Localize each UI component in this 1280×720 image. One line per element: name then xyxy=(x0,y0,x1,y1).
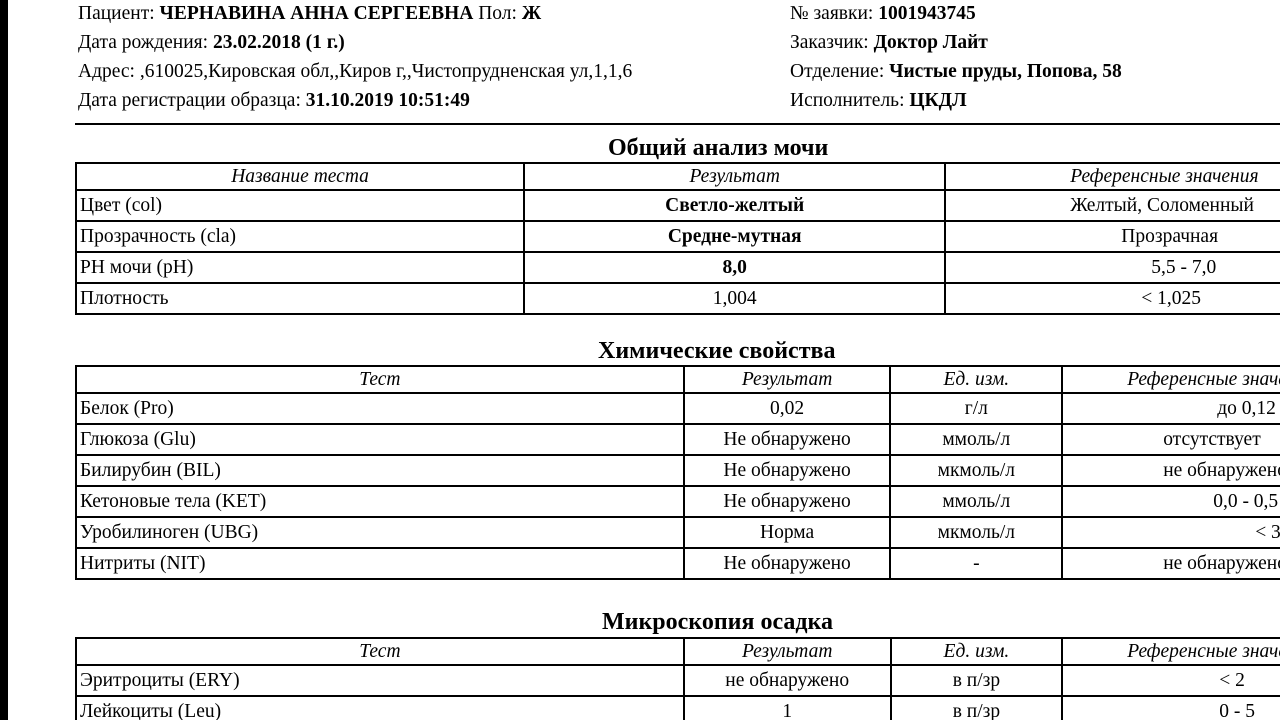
test-result: 1,004 xyxy=(524,283,945,314)
col-header-test: Тест xyxy=(76,366,684,393)
table-row: Лейкоциты (Leu)1в п/зр0 - 5 xyxy=(76,696,1280,720)
urinalysis-table: Название теста Результат Референсные зна… xyxy=(75,162,1280,315)
table-row: Прозрачность (cla)Средне-мутнаяПрозрачна… xyxy=(76,221,1280,252)
address-label: Адрес: xyxy=(78,61,135,82)
test-name: Лейкоциты (Leu) xyxy=(76,696,684,720)
table-row: Билирубин (BIL)Не обнаруженомкмоль/лне о… xyxy=(76,455,1280,486)
dob-value: 23.02.2018 (1 г.) xyxy=(213,32,345,53)
table-row: Плотность1,004< 1,025 xyxy=(76,283,1280,314)
customer-value: Доктор Лайт xyxy=(874,32,988,53)
test-name: Белок (Pro) xyxy=(76,393,684,424)
test-result: 8,0 xyxy=(524,252,945,283)
test-name: Уробилиноген (UBG) xyxy=(76,517,684,548)
test-unit: в п/зр xyxy=(891,665,1063,696)
reference-value: до 0,12 xyxy=(1062,393,1280,424)
test-name: Глюкоза (Glu) xyxy=(76,424,684,455)
department-value: Чистые пруды, Попова, 58 xyxy=(889,61,1122,82)
col-header-reference: Референсные значения xyxy=(945,163,1280,190)
table-row: Глюкоза (Glu)Не обнаруженоммоль/лотсутст… xyxy=(76,424,1280,455)
section-title-chemical: Химические свойства xyxy=(598,338,835,365)
dob-label: Дата рождения: xyxy=(78,32,208,53)
address-value: ,610025,Кировская обл,,Киров г,,Чистопру… xyxy=(140,61,632,82)
col-header-test: Название теста xyxy=(76,163,524,190)
executor-value: ЦКДЛ xyxy=(909,90,966,111)
chemical-table: Тест Результат Ед. изм. Референсные знач… xyxy=(75,365,1280,580)
dob-line: Дата рождения: 23.02.2018 (1 г.) xyxy=(78,32,345,54)
executor-line: Исполнитель: ЦКДЛ xyxy=(790,90,967,112)
test-name: Цвет (col) xyxy=(76,190,524,221)
col-header-reference: Референсные значения xyxy=(1062,638,1280,665)
test-result: Норма xyxy=(684,517,891,548)
test-result: Не обнаружено xyxy=(684,455,891,486)
col-header-unit: Ед. изм. xyxy=(891,638,1063,665)
test-result: Не обнаружено xyxy=(684,548,891,579)
patient-label: Пациент: xyxy=(78,3,155,24)
test-unit: ммоль/л xyxy=(890,486,1062,517)
col-header-result: Результат xyxy=(684,638,891,665)
executor-label: Исполнитель: xyxy=(790,90,905,111)
table-row: Нитриты (NIT)Не обнаружено-не обнаружено xyxy=(76,548,1280,579)
table-header-row: Тест Результат Ед. изм. Референсные знач… xyxy=(76,366,1280,393)
test-unit: в п/зр xyxy=(891,696,1063,720)
registration-date: 31.10.2019 10:51:49 xyxy=(306,90,470,111)
address-line: Адрес: ,610025,Кировская обл,,Киров г,,Ч… xyxy=(78,61,632,83)
table-header-row: Название теста Результат Референсные зна… xyxy=(76,163,1280,190)
test-name: Билирубин (BIL) xyxy=(76,455,684,486)
section-title-microscopy: Микроскопия осадка xyxy=(602,609,833,636)
col-header-result: Результат xyxy=(684,366,891,393)
registration-line: Дата регистрации образца: 31.10.2019 10:… xyxy=(78,90,470,112)
customer-label: Заказчик: xyxy=(790,32,869,53)
table-row: PH мочи (pH)8,05,5 - 7,0 xyxy=(76,252,1280,283)
test-result: 0,02 xyxy=(684,393,891,424)
reference-value: < 2 xyxy=(1062,665,1280,696)
sex-label: Пол: xyxy=(478,3,517,24)
order-number: 1001943745 xyxy=(878,3,976,24)
reference-value: < 34 xyxy=(1062,517,1280,548)
test-result: 1 xyxy=(684,696,891,720)
reference-value: не обнаружено xyxy=(1062,548,1280,579)
sex-value: Ж xyxy=(522,3,541,24)
test-result: не обнаружено xyxy=(684,665,891,696)
microscopy-table: Тест Результат Ед. изм. Референсные знач… xyxy=(75,637,1280,720)
test-result: Средне-мутная xyxy=(524,221,945,252)
reference-value: 5,5 - 7,0 xyxy=(945,252,1280,283)
table-row: Уробилиноген (UBG)Нормамкмоль/л< 34 xyxy=(76,517,1280,548)
department-label: Отделение: xyxy=(790,61,884,82)
test-name: Кетоновые тела (KET) xyxy=(76,486,684,517)
test-name: Нитриты (NIT) xyxy=(76,548,684,579)
reference-value: Прозрачная xyxy=(945,221,1280,252)
test-unit: мкмоль/л xyxy=(890,517,1062,548)
reference-value: не обнаружено xyxy=(1062,455,1280,486)
patient-line: Пациент: ЧЕРНАВИНА АННА СЕРГЕЕВНА Пол: Ж xyxy=(78,3,541,25)
col-header-reference: Референсные значения xyxy=(1062,366,1280,393)
table-row: Цвет (col)Светло-желтыйЖелтый, Соломенны… xyxy=(76,190,1280,221)
reference-value: 0 - 5 xyxy=(1062,696,1280,720)
col-header-test: Тест xyxy=(76,638,684,665)
test-name: Плотность xyxy=(76,283,524,314)
table-row: Эритроциты (ERY)не обнаруженов п/зр< 2 xyxy=(76,665,1280,696)
test-unit: г/л xyxy=(890,393,1062,424)
reference-value: < 1,025 xyxy=(945,283,1280,314)
section-title-urinalysis: Общий анализ мочи xyxy=(608,135,828,162)
table-row: Кетоновые тела (KET)Не обнаруженоммоль/л… xyxy=(76,486,1280,517)
customer-line: Заказчик: Доктор Лайт xyxy=(790,32,988,54)
order-label: № заявки: xyxy=(790,3,873,24)
test-result: Светло-желтый xyxy=(524,190,945,221)
test-unit: ммоль/л xyxy=(890,424,1062,455)
patient-name: ЧЕРНАВИНА АННА СЕРГЕЕВНА xyxy=(160,3,474,24)
department-line: Отделение: Чистые пруды, Попова, 58 xyxy=(790,61,1122,83)
registration-label: Дата регистрации образца: xyxy=(78,90,301,111)
header-divider xyxy=(75,123,1280,125)
test-unit: мкмоль/л xyxy=(890,455,1062,486)
test-name: Эритроциты (ERY) xyxy=(76,665,684,696)
table-header-row: Тест Результат Ед. изм. Референсные знач… xyxy=(76,638,1280,665)
reference-value: Желтый, Соломенный xyxy=(945,190,1280,221)
test-name: Прозрачность (cla) xyxy=(76,221,524,252)
test-result: Не обнаружено xyxy=(684,486,891,517)
table-row: Белок (Pro)0,02г/лдо 0,12 xyxy=(76,393,1280,424)
test-result: Не обнаружено xyxy=(684,424,891,455)
test-name: PH мочи (pH) xyxy=(76,252,524,283)
left-edge-bar xyxy=(0,0,8,720)
reference-value: 0,0 - 0,5 xyxy=(1062,486,1280,517)
col-header-result: Результат xyxy=(524,163,945,190)
order-line: № заявки: 1001943745 xyxy=(790,3,976,25)
test-unit: - xyxy=(890,548,1062,579)
reference-value: отсутствует xyxy=(1062,424,1280,455)
col-header-unit: Ед. изм. xyxy=(890,366,1062,393)
